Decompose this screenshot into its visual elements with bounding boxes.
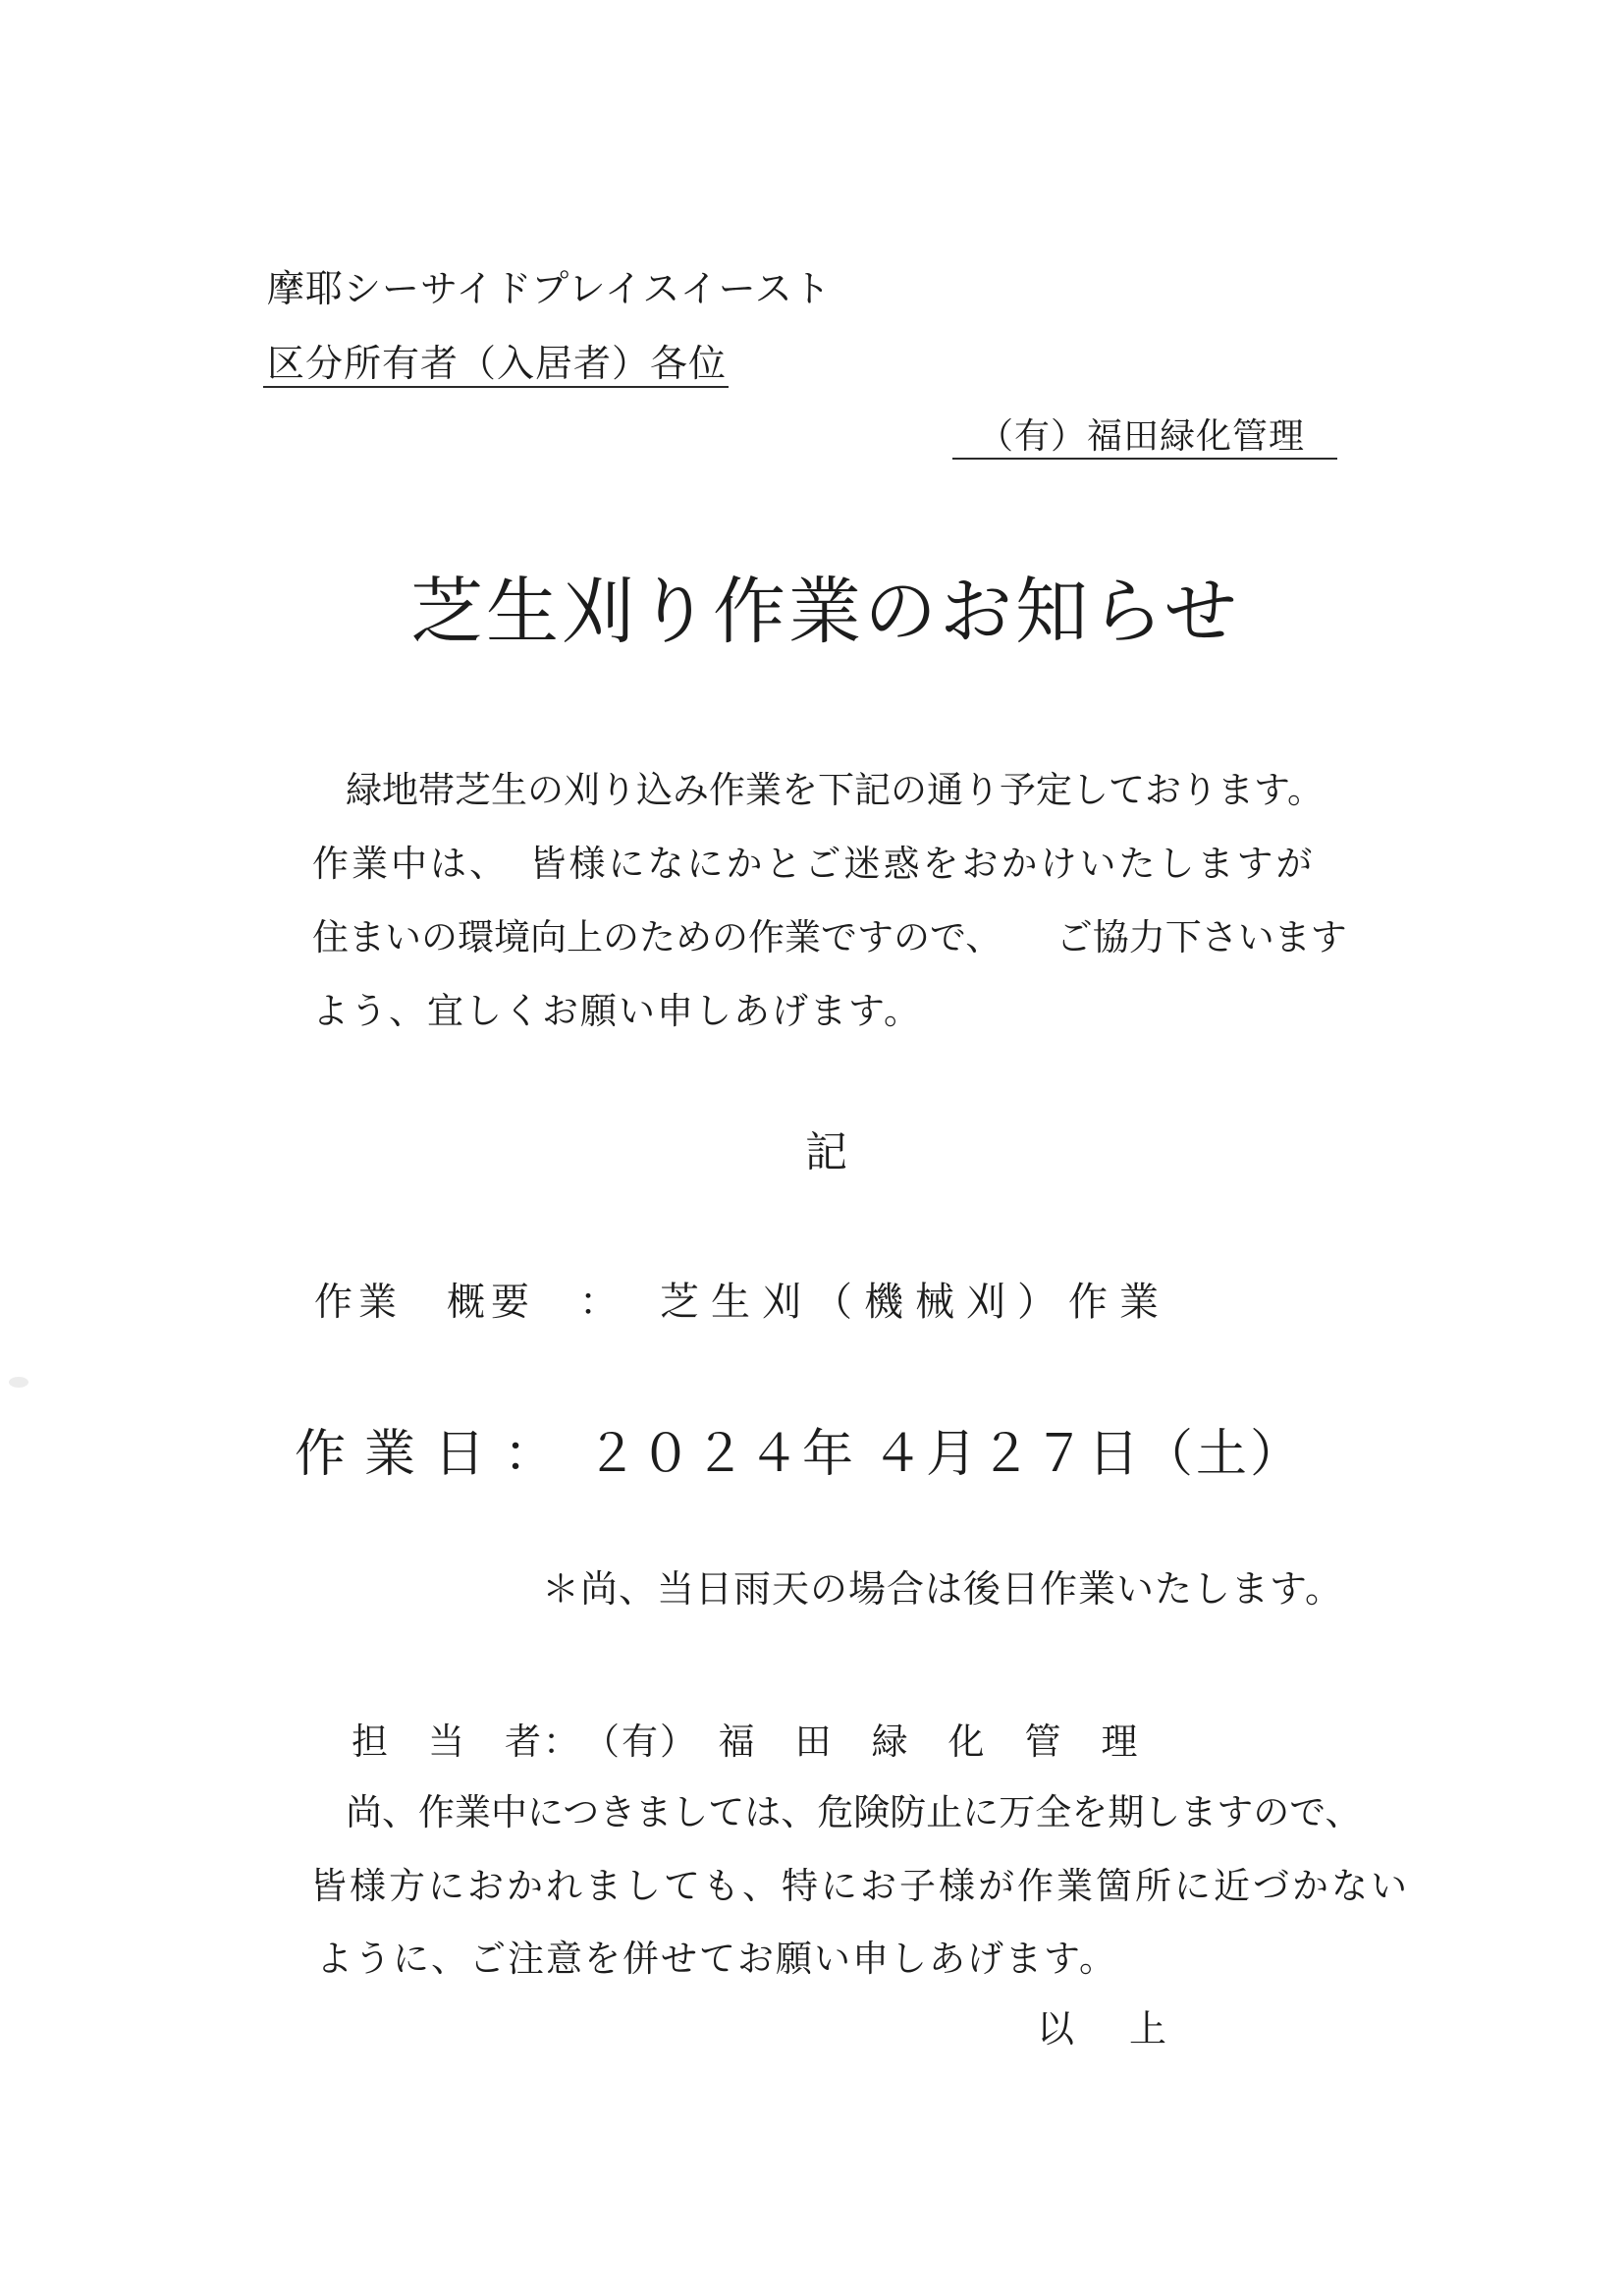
intro-line: 住まいの環境向上のための作業ですので、 ご協力下さいます <box>312 918 1347 960</box>
work-overview-value: 芝生刈（機械刈）作業 <box>660 1280 1170 1325</box>
intro-line: 作業中は、 皆様になにかとご迷惑をおかけいたしますが <box>312 845 1316 887</box>
intro-line: 緑地帯芝生の刈り込み作業を下記の通り予定しております。 <box>346 771 1324 813</box>
caution-line: 尚、作業中につきましては、危険防止に万全を期しますので、 <box>346 1793 1362 1835</box>
recipient-underline <box>263 386 729 388</box>
sender-company-name: （有）福田緑化管理 <box>978 416 1305 457</box>
sender-underline <box>952 458 1337 460</box>
rain-postponement-note: ＊尚、当日雨天の場合は後日作業いたします。 <box>542 1569 1343 1613</box>
closing-mark: 以 上 <box>1037 2009 1175 2052</box>
record-marker: 記 <box>805 1129 847 1177</box>
caution-line: 皆様方におかれましても、特にお子様が作業箇所に近づかない <box>310 1867 1410 1909</box>
work-date-line: 作 業 日 ： ２０２４年 ４月２７日（土） <box>295 1426 1304 1485</box>
contact-person-line: 担 当 者： （有） 福 田 緑 化 管 理 <box>352 1722 1140 1765</box>
caution-line: ように、ご注意を併せてお願い申しあげます。 <box>316 1940 1117 1982</box>
intro-line: よう、宜しくお願い申しあげます。 <box>312 992 922 1034</box>
scanned-notice-page: 摩耶シーサイドプレイスイースト 区分所有者（入居者）各位 （有）福田緑化管理 芝… <box>0 0 1624 2296</box>
recipient-addressee: 区分所有者（入居者）各位 <box>267 344 727 387</box>
scan-artifact <box>9 1377 28 1388</box>
recipient-building-name: 摩耶シーサイドプレイスイースト <box>267 269 832 312</box>
work-overview-label: 作業 概要 ： <box>314 1282 623 1326</box>
notice-title: 芝生刈り作業のお知らせ <box>410 572 1240 655</box>
